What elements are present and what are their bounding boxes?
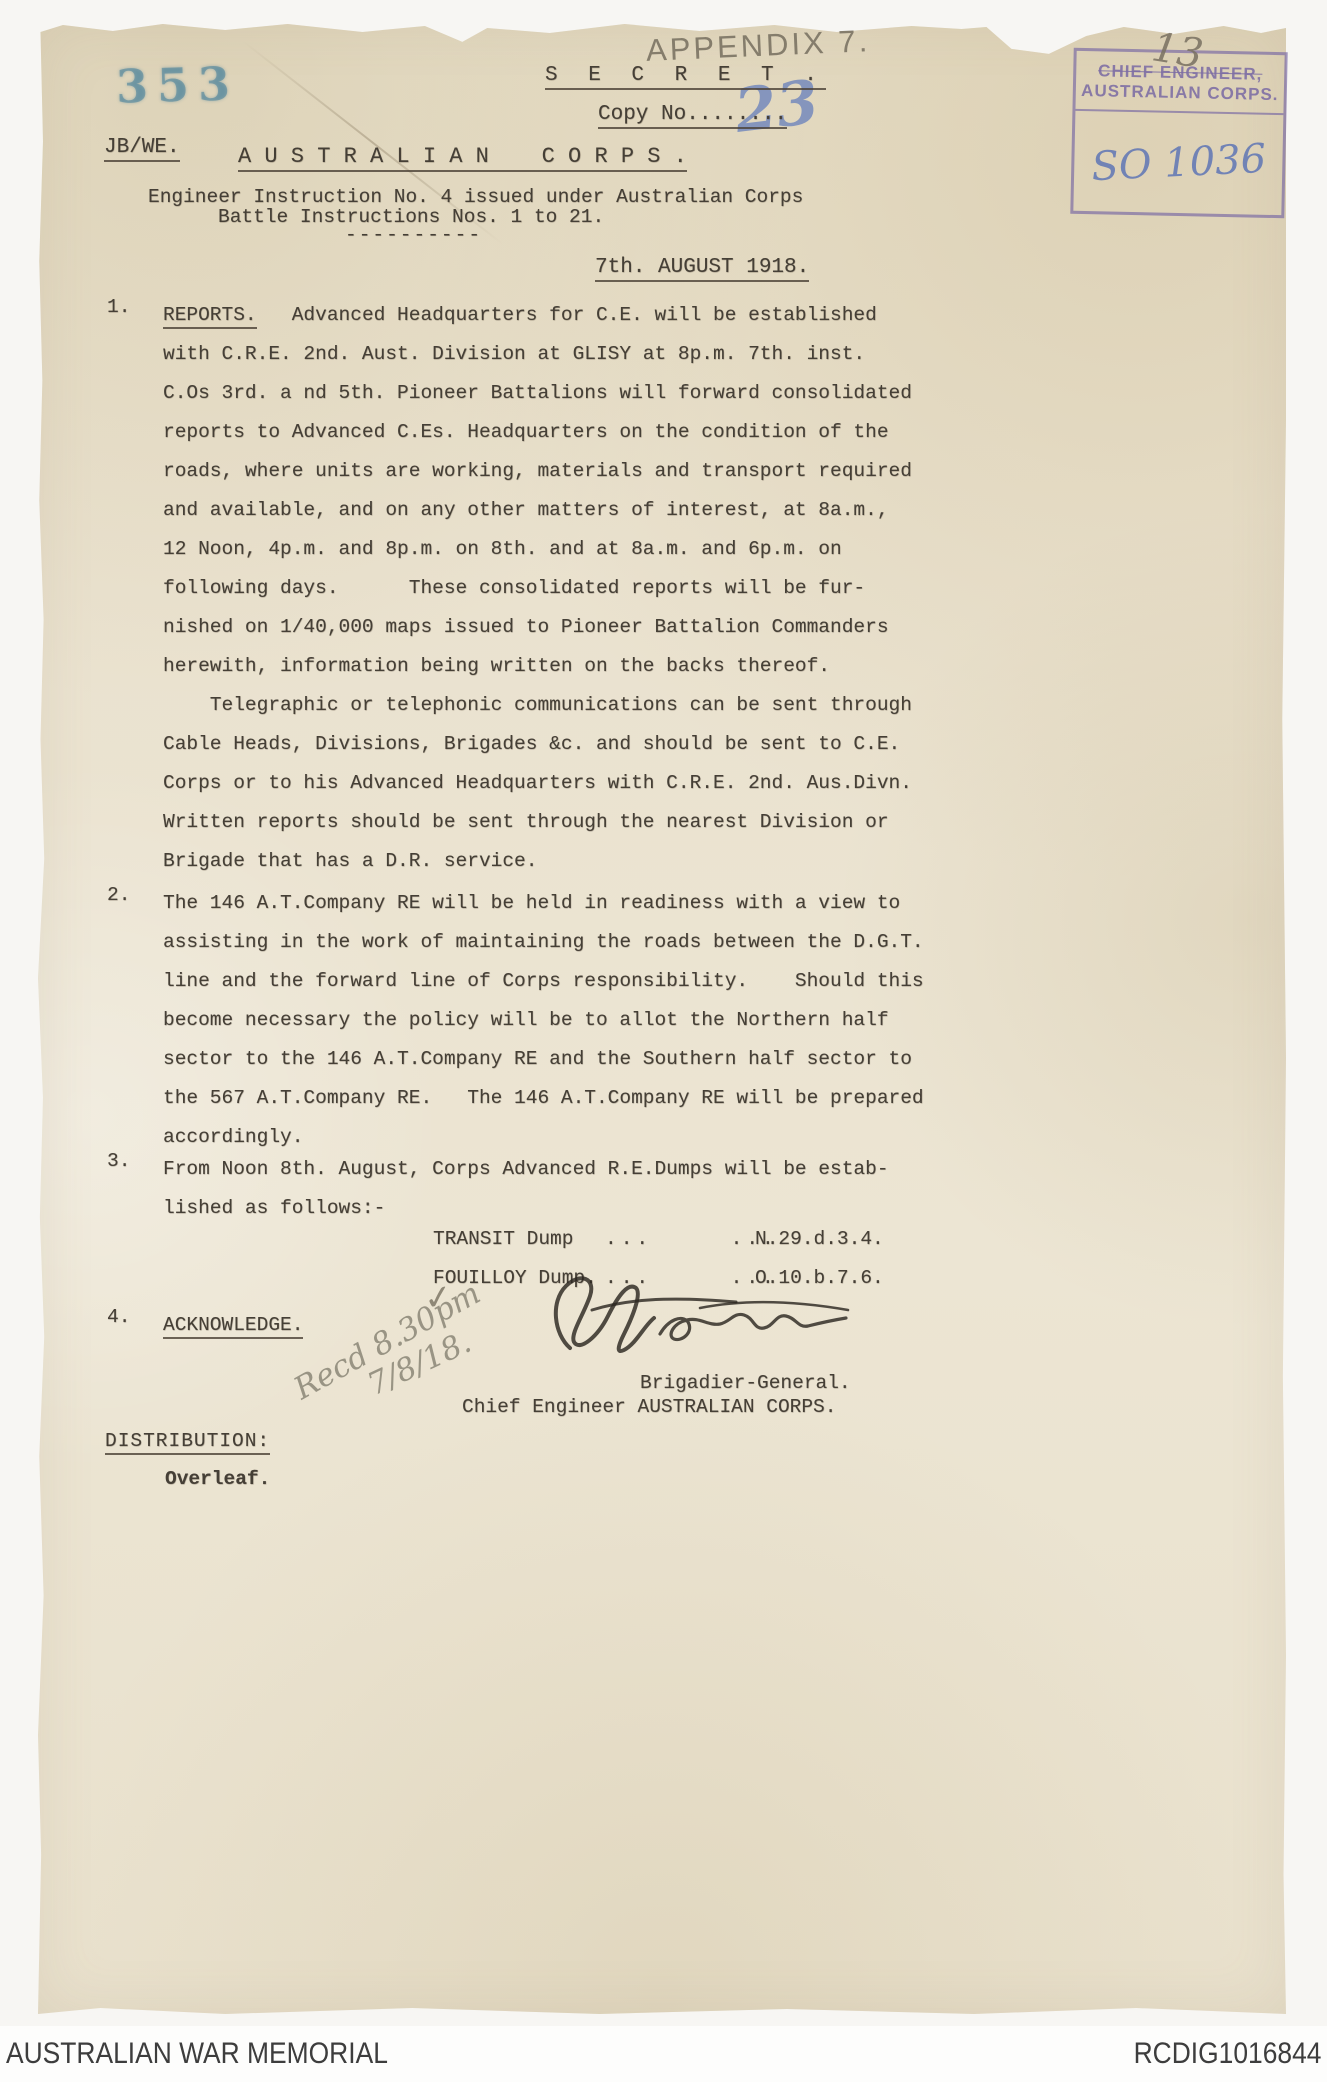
paragraph-4-keyword: ACKNOWLEDGE.: [163, 1314, 303, 1339]
dump-map-reference: N.29.d.3.4.: [755, 1228, 884, 1250]
typed-line: herewith, information being written on t…: [163, 647, 953, 686]
typed-line: line and the forward line of Corps respo…: [163, 962, 953, 1001]
signatory-title: Chief Engineer AUSTRALIAN CORPS.: [462, 1396, 836, 1418]
distribution-value: Overleaf.: [165, 1468, 270, 1490]
paragraph-4-number: 4.: [107, 1306, 157, 1328]
archive-footer-bar: AUSTRALIAN WAR MEMORIAL RCDIG1016844: [0, 2026, 1327, 2082]
typed-line: roads, where units are working, material…: [163, 452, 953, 491]
copy-number-label: Copy No........: [598, 103, 787, 129]
signature-ink-scrawl: [540, 1262, 860, 1374]
typed-line: and available, and on any other matters …: [163, 491, 953, 530]
typed-line: The 146 A.T.Company RE will be held in r…: [163, 884, 953, 923]
typed-line: Telegraphic or telephonic communications…: [163, 686, 953, 725]
document-date: 7th. AUGUST 1918.: [595, 256, 809, 282]
typed-line: 12 Noon, 4p.m. and 8p.m. on 8th. and at …: [163, 530, 953, 569]
typed-line: the 567 A.T.Company RE. The 146 A.T.Comp…: [163, 1079, 953, 1118]
typed-line: C.Os 3rd. a nd 5th. Pioneer Battalions w…: [163, 374, 953, 413]
typed-line: REPORTS. Advanced Headquarters for C.E. …: [163, 296, 953, 335]
dump-name: TRANSIT Dump: [433, 1228, 605, 1250]
paragraph-1-text: REPORTS. Advanced Headquarters for C.E. …: [163, 296, 953, 881]
typed-line: sector to the 146 A.T.Company RE and the…: [163, 1040, 953, 1079]
typed-line: Brigade that has a D.R. service.: [163, 842, 953, 881]
typed-line: Corps or to his Advanced Headquarters wi…: [163, 764, 953, 803]
paragraph-2-number: 2.: [107, 884, 157, 906]
typed-line: From Noon 8th. August, Corps Advanced R.…: [163, 1150, 953, 1189]
reference-initials: JB/WE.: [104, 136, 180, 162]
typed-line: reports to Advanced C.Es. Headquarters o…: [163, 413, 953, 452]
subtitle-line-1: Engineer Instruction No. 4 issued under …: [148, 186, 803, 208]
dump-row-transit: TRANSIT Dump... ...N.29.d.3.4.: [433, 1228, 884, 1250]
pencil-number-13: 13: [1149, 24, 1206, 77]
typed-line: become necessary the policy will be to a…: [163, 1001, 953, 1040]
file-reference-handwritten: SO 1036: [1090, 136, 1267, 190]
archive-name: AUSTRALIAN WAR MEMORIAL: [6, 2037, 388, 2071]
typed-line: nished on 1/40,000 maps issued to Pionee…: [163, 608, 953, 647]
distribution-label: DISTRIBUTION:: [105, 1430, 270, 1455]
typed-line: following days. These consolidated repor…: [163, 569, 953, 608]
paragraph-1-keyword: REPORTS.: [163, 304, 257, 329]
paragraph-3-number: 3.: [107, 1150, 157, 1172]
registry-number-stamp: 353: [115, 56, 239, 113]
classification-heading: S E C R E T .: [545, 64, 826, 90]
signatory-rank: Brigadier-General.: [640, 1372, 851, 1394]
dump-dots: ... ...: [605, 1228, 755, 1250]
scanned-document-page: 353 APPENDIX 7. 23 CHIEF ENGINEER, AUSTR…: [0, 0, 1327, 2082]
typed-line: assisting in the work of maintaining the…: [163, 923, 953, 962]
paragraph-3-text: From Noon 8th. August, Corps Advanced R.…: [163, 1150, 953, 1228]
paragraph-2-text: The 146 A.T.Company RE will be held in r…: [163, 884, 953, 1157]
paragraph-1-number: 1.: [107, 296, 157, 318]
typed-line: lished as follows:-: [163, 1189, 953, 1228]
stamp-box-ref-area: SO 1036: [1073, 111, 1283, 215]
typed-line: with C.R.E. 2nd. Aust. Division at GLISY…: [163, 335, 953, 374]
typed-line-rest: Advanced Headquarters for C.E. will be e…: [257, 304, 877, 326]
archive-item-id: RCDIG1016844: [1133, 2037, 1321, 2071]
typed-line: Written reports should be sent through t…: [163, 803, 953, 842]
stamp-box-line2: AUSTRALIAN CORPS.: [1081, 81, 1279, 104]
typed-line: Cable Heads, Divisions, Brigades &c. and…: [163, 725, 953, 764]
document-title: A U S T R A L I A N C O R P S .: [238, 144, 687, 172]
divider-dashes: ----------: [345, 224, 482, 246]
